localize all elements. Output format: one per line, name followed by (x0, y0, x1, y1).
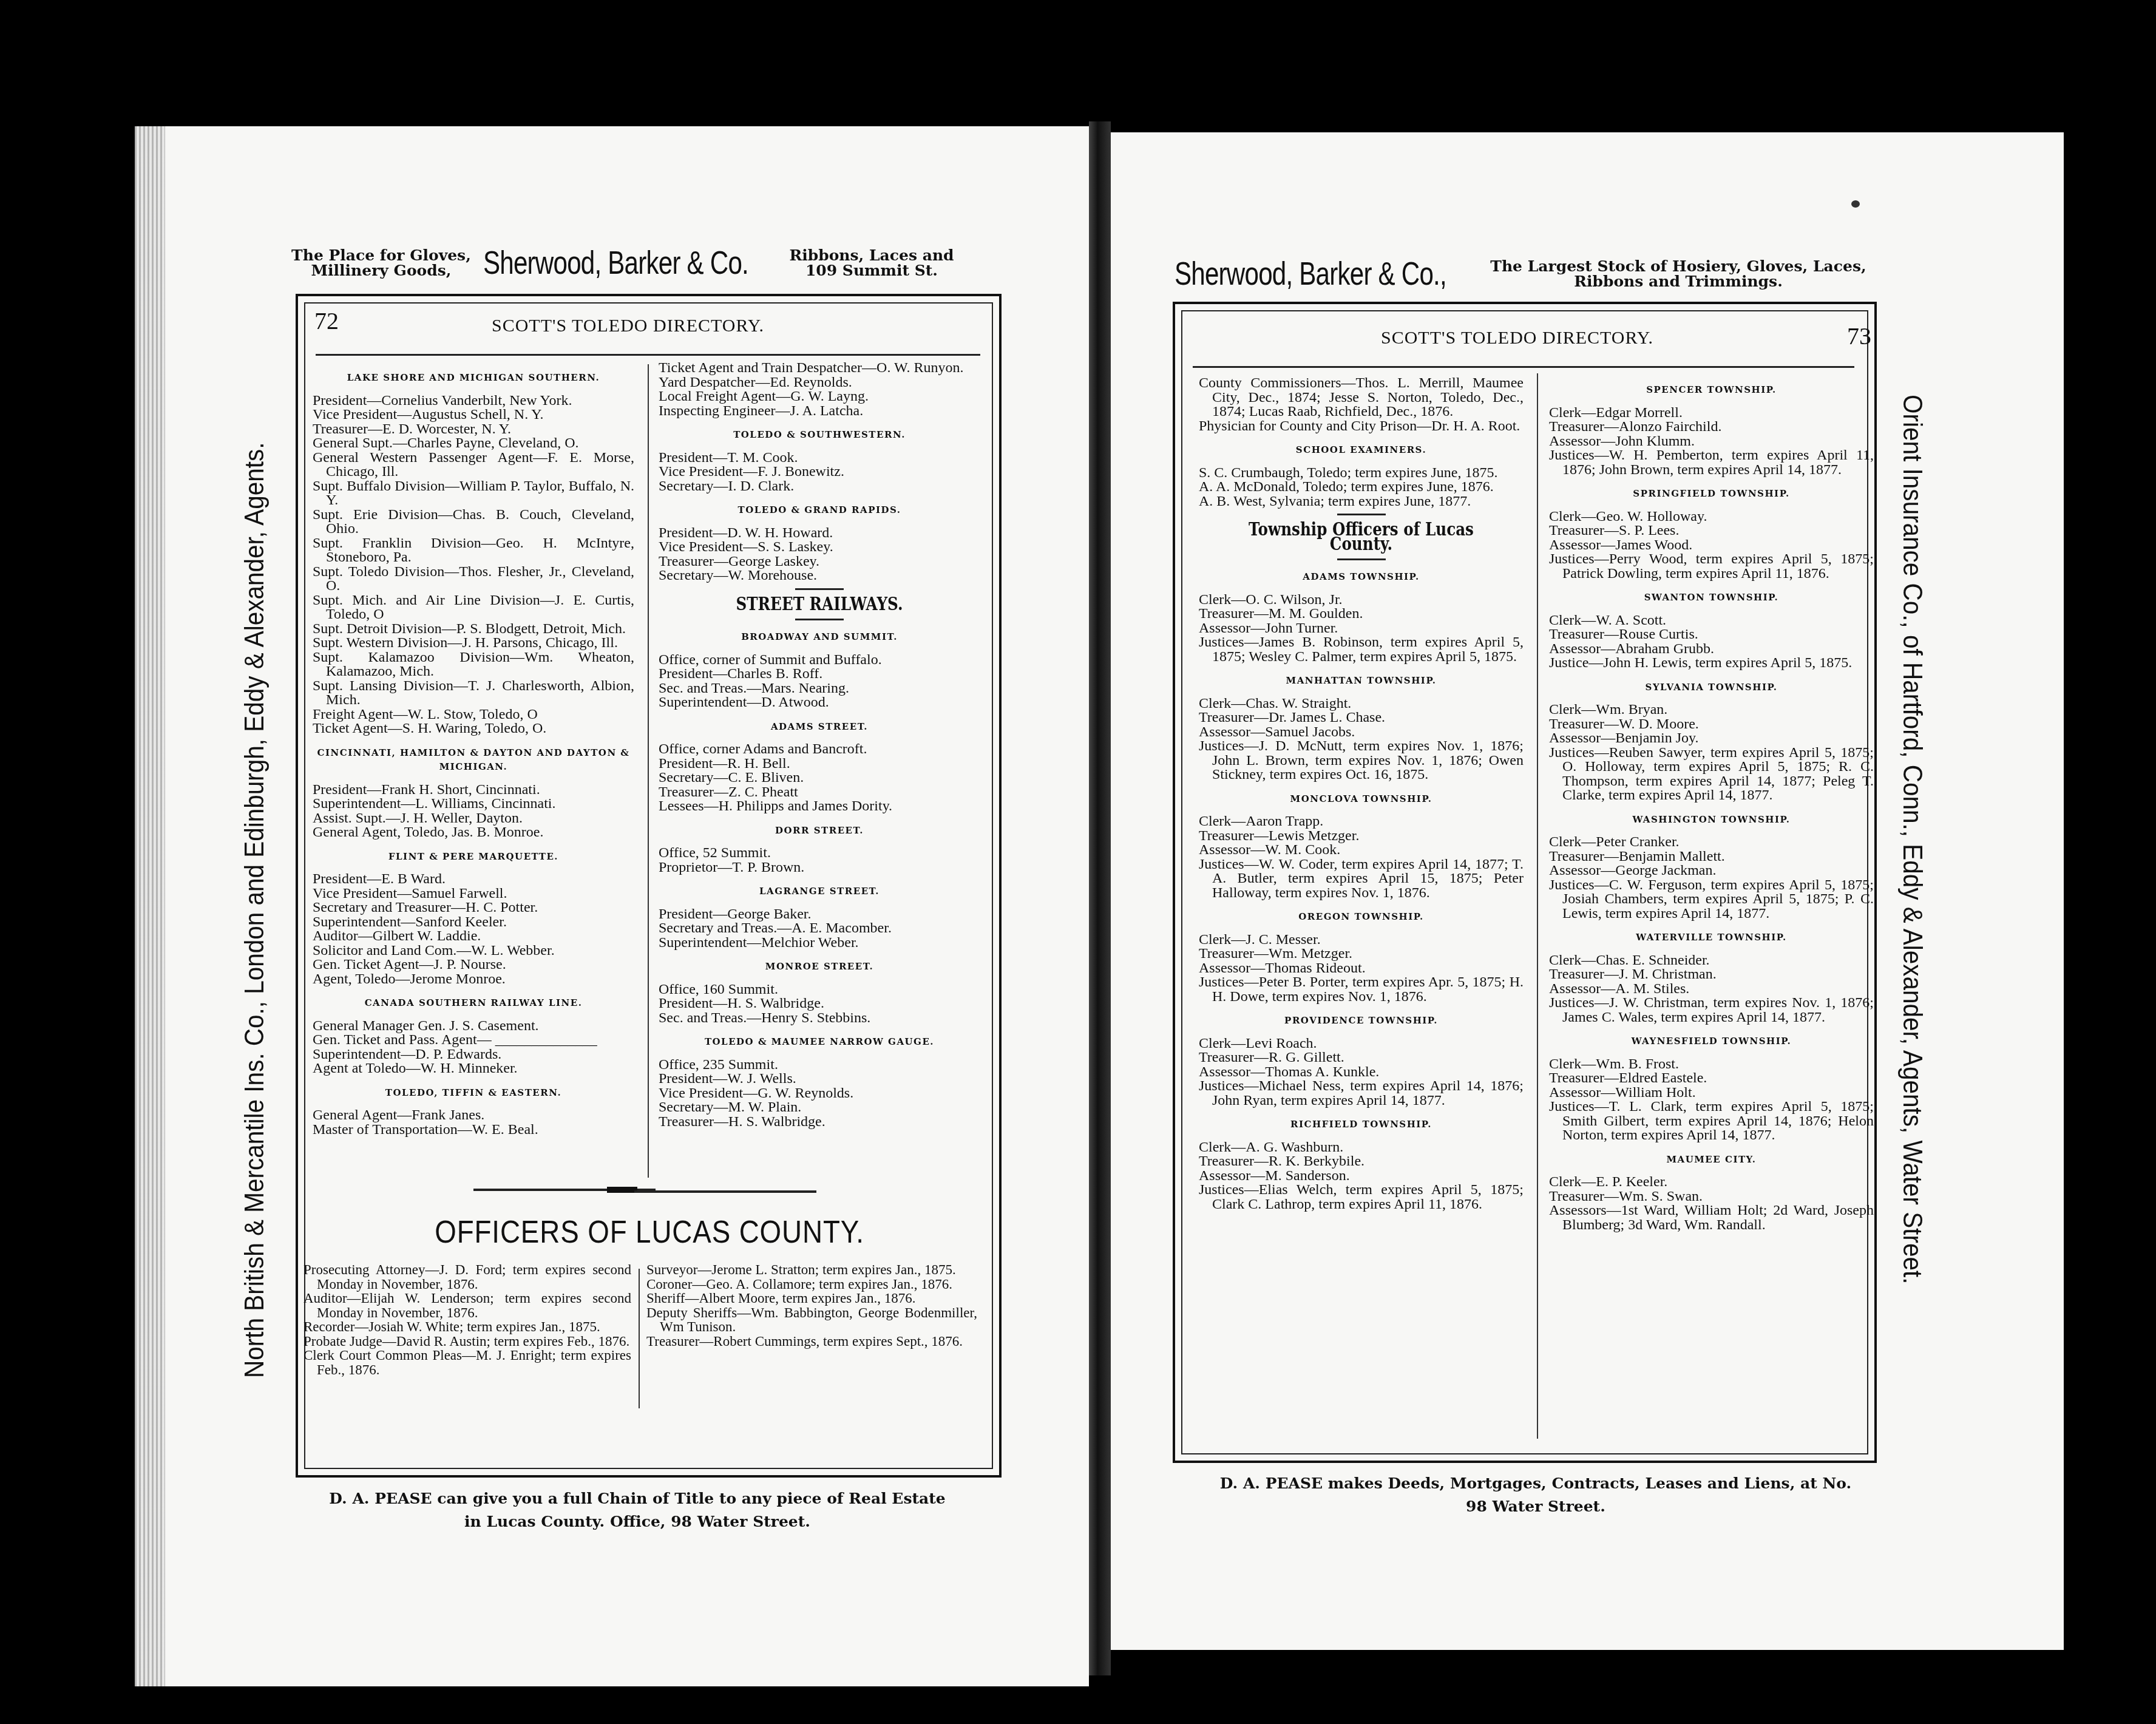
section-heading: WAYNESFIELD TOWNSHIP. (1549, 1034, 1874, 1049)
short-rule (795, 619, 844, 620)
directory-entry: Office, corner Adams and Bancroft. (659, 742, 980, 757)
section-heading: ADAMS STREET. (659, 720, 980, 735)
page-edge (135, 126, 165, 1686)
running-head: SCOTT'S TOLEDO DIRECTORY. (1381, 328, 1653, 348)
section-heading: SYLVANIA TOWNSHIP. (1549, 680, 1874, 695)
directory-entry: Treasurer—Rouse Curtis. (1549, 628, 1874, 642)
section-heading: OREGON TOWNSHIP. (1199, 910, 1524, 925)
directory-entry: Superintendent—L. Williams, Cincinnati. (313, 797, 634, 812)
ad-brand: Sherwood, Barker & Co. (483, 244, 706, 282)
side-advertisement-left: North British & Mercantile Ins. Co., Lon… (240, 443, 270, 1378)
directory-entry: Justices—Perry Wood, term expires April … (1549, 552, 1874, 581)
directory-entry: General Manager Gen. J. S. Casement. (313, 1019, 634, 1034)
directory-entry: Justices—Elias Welch, term expires April… (1199, 1183, 1524, 1212)
section-heading: CINCINNATI, HAMILTON & DAYTON AND DAYTON… (313, 746, 634, 775)
ad-brand: Sherwood, Barker & Co., (1175, 255, 1402, 293)
directory-entry: Clerk—Wm. Bryan. (1549, 703, 1874, 718)
directory-entry: Assessor—A. M. Stiles. (1549, 982, 1874, 997)
column-divider (648, 364, 649, 1178)
county-officer-entry: Clerk Court Common Pleas—M. J. Enright; … (303, 1348, 631, 1377)
directory-entry: Treasurer—R. G. Gillett. (1199, 1051, 1524, 1065)
directory-entry: Treasurer—George Laskey. (659, 555, 980, 569)
directory-entry: Assessor—Samuel Jacobs. (1199, 725, 1524, 740)
section-heading: BROADWAY AND SUMMIT. (659, 630, 980, 645)
ad-left-text: The Place for Gloves, Millinery Goods, (290, 248, 472, 278)
county-officer-entry: Deputy Sheriffs—Wm. Babbington, George B… (646, 1306, 977, 1334)
directory-entry: Treasurer—J. M. Christman. (1549, 968, 1874, 982)
directory-entry: Clerk—O. C. Wilson, Jr. (1199, 593, 1524, 608)
directory-entry: Superintendent—D. P. Edwards. (313, 1048, 634, 1062)
directory-entry: President—Frank H. Short, Cincinnati. (313, 783, 634, 798)
ornament-center (607, 1187, 637, 1193)
directory-entry: Vice President—F. J. Bonewitz. (659, 465, 980, 480)
directory-entry: Clerk—J. C. Messer. (1199, 933, 1524, 948)
section-heading: RICHFIELD TOWNSHIP. (1199, 1118, 1524, 1132)
section-heading: LAGRANGE STREET. (659, 884, 980, 899)
directory-entry: Justices—Michael Ness, term expires Apri… (1199, 1079, 1524, 1108)
short-rule (1337, 514, 1386, 515)
county-officer-entry: Probate Judge—David R. Austin; term expi… (303, 1334, 631, 1349)
directory-entry: Treasurer—Wm. Metzger. (1199, 947, 1524, 962)
directory-entry: Vice President—S. S. Laskey. (659, 540, 980, 555)
ad-line: The Place for Gloves, (290, 248, 472, 263)
directory-entry: President—Charles B. Roff. (659, 667, 980, 682)
section-heading: WASHINGTON TOWNSHIP. (1549, 813, 1874, 827)
directory-entry: Justices—Reuben Sawyer, term expires Apr… (1549, 746, 1874, 803)
directory-entry: General Supt.—Charles Payne, Cleveland, … (313, 436, 634, 451)
directory-entry: Clerk—Wm. B. Frost. (1549, 1057, 1874, 1072)
directory-entry: Assessor—Thomas A. Kunkle. (1199, 1065, 1524, 1080)
directory-entry: Assessor—M. Sanderson. (1199, 1169, 1524, 1184)
directory-entry: Office, corner of Summit and Buffalo. (659, 653, 980, 668)
directory-entry: Office, 160 Summit. (659, 983, 980, 997)
ink-blot (1851, 200, 1860, 208)
directory-entry: Gen. Ticket and Pass. Agent— ___________… (313, 1033, 634, 1048)
directory-entry: Assessor—John Turner. (1199, 622, 1524, 636)
directory-entry: President—T. M. Cook. (659, 451, 980, 466)
directory-entry: Secretary—I. D. Clark. (659, 480, 980, 494)
directory-entry: Justices—C. W. Ferguson, term expires Ap… (1549, 878, 1874, 921)
ad-line: in Lucas County. Office, 98 Water Street… (267, 1510, 1008, 1533)
top-advertisement-left: The Place for Gloves, Millinery Goods, S… (290, 244, 1006, 282)
directory-entry: Gen. Ticket Agent—J. P. Nourse. (313, 958, 634, 972)
directory-entry: Assessor—John Klumm. (1549, 435, 1874, 449)
directory-entry: A. B. West, Sylvania; term expires June,… (1199, 495, 1524, 509)
directory-entry: President—E. B Ward. (313, 872, 634, 887)
ad-line: Millinery Goods, (290, 263, 472, 278)
section-heading: PROVIDENCE TOWNSHIP. (1199, 1014, 1524, 1028)
ad-line: 98 Water Street. (1165, 1495, 1906, 1518)
directory-entry: Assessor—George Jackman. (1549, 864, 1874, 878)
directory-entry: Supt. Detroit Division—P. S. Blodgett, D… (313, 622, 634, 637)
directory-entry: Assessor—W. M. Cook. (1199, 843, 1524, 858)
directory-entry: Vice President—Samuel Farwell. (313, 887, 634, 901)
right-column-townships: SPENCER TOWNSHIP.Clerk—Edgar Morrell.Tre… (1549, 373, 1874, 1232)
directory-entry: Treasurer—Wm. S. Swan. (1549, 1190, 1874, 1204)
directory-entry: Secretary—W. Morehouse. (659, 569, 980, 583)
directory-entry: Clerk—Chas. W. Straight. (1199, 697, 1524, 711)
running-head: SCOTT'S TOLEDO DIRECTORY. (492, 316, 764, 336)
directory-entry: Clerk—Edgar Morrell. (1549, 406, 1874, 421)
directory-entry: Auditor—Gilbert W. Laddie. (313, 929, 634, 944)
header-rule (316, 354, 980, 356)
section-heading: FLINT & PERE MARQUETTE. (313, 850, 634, 864)
county-officer-entry: Surveyor—Jerome L. Stratton; term expire… (646, 1263, 977, 1277)
directory-entry: Lessees—H. Philipps and James Dority. (659, 799, 980, 814)
section-heading: TOLEDO & MAUMEE NARROW GAUGE. (659, 1035, 980, 1050)
section-heading: CANADA SOUTHERN RAILWAY LINE. (313, 996, 634, 1011)
directory-entry: Agent at Toledo—W. H. Minneker. (313, 1062, 634, 1076)
page-number: 72 (314, 307, 339, 335)
directory-entry: Supt. Franklin Division—Geo. H. McIntyre… (313, 537, 634, 565)
directory-entry: President—Cornelius Vanderbilt, New York… (313, 394, 634, 409)
directory-entry: Proprietor—T. P. Brown. (659, 861, 980, 875)
section-heading: TOLEDO, TIFFIN & EASTERN. (313, 1086, 634, 1101)
section-heading: LAKE SHORE AND MICHIGAN SOUTHERN. (313, 371, 634, 385)
directory-entry: Treasurer—Lewis Metzger. (1199, 829, 1524, 844)
directory-entry: Justices—Peter B. Porter, term expires A… (1199, 976, 1524, 1004)
directory-entry: Supt. Buffalo Division—William P. Taylor… (313, 480, 634, 508)
directory-entry: Secretary and Treasurer—H. C. Potter. (313, 901, 634, 915)
directory-entry: Ticket Agent—S. H. Waring, Toledo, O. (313, 722, 634, 736)
county-officer-entry: Prosecuting Attorney—J. D. Ford; term ex… (303, 1263, 631, 1291)
county-officer-entry: Treasurer—Robert Cummings, term expires … (646, 1334, 977, 1349)
directory-entry: Local Freight Agent—G. W. Layng. (659, 390, 980, 404)
section-heading: MONROE STREET. (659, 960, 980, 974)
ad-line: Ribbons and Trimmings. (1466, 274, 1891, 289)
county-officer-entry: Recorder—Josiah W. White; term expires J… (303, 1320, 631, 1334)
section-title-officers-lucas-county: OFFICERS OF LUCAS COUNTY. (420, 1214, 880, 1251)
directory-entry: Justices—J. W. Christman, term expires N… (1549, 996, 1874, 1025)
ad-line: Ribbons, Laces and (781, 248, 963, 263)
county-officers-right: Surveyor—Jerome L. Stratton; term expire… (646, 1263, 977, 1348)
directory-entry: Justices—James B. Robinson, term expires… (1199, 636, 1524, 664)
section-heading: TOLEDO & SOUTHWESTERN. (659, 428, 980, 443)
directory-entry: Ticket Agent and Train Despatcher—O. W. … (659, 361, 980, 376)
directory-entry: Freight Agent—W. L. Stow, Toledo, O (313, 708, 634, 722)
directory-entry: Solicitor and Land Com.—W. L. Webber. (313, 944, 634, 959)
directory-entry: Office, 235 Summit. (659, 1058, 980, 1073)
left-column-county-townships: County Commissioners—Thos. L. Merrill, M… (1199, 376, 1524, 1212)
directory-entry: Justice—John H. Lewis, term expires Apri… (1549, 656, 1874, 671)
bottom-advertisement-right: D. A. PEASE makes Deeds, Mortgages, Cont… (1165, 1472, 1906, 1518)
directory-entry: Vice President—G. W. Reynolds. (659, 1087, 980, 1101)
directory-entry: Treasurer—S. P. Lees. (1549, 524, 1874, 538)
directory-entry: General Agent, Toledo, Jas. B. Monroe. (313, 826, 634, 840)
directory-entry: Clerk—E. P. Keeler. (1549, 1175, 1874, 1190)
directory-entry: Clerk—Chas. E. Schneider. (1549, 954, 1874, 968)
directory-entry: President—George Baker. (659, 908, 980, 922)
directory-entry: Vice President—Augustus Schell, N. Y. (313, 408, 634, 423)
directory-entry: Sec. and Treas.—Henry S. Stebbins. (659, 1011, 980, 1026)
directory-entry: Treasurer—R. K. Berkybile. (1199, 1155, 1524, 1169)
directory-entry: Superintendent—Melchior Weber. (659, 936, 980, 951)
directory-entry: President—D. W. H. Howard. (659, 526, 980, 541)
right-column-railroads: Ticket Agent and Train Despatcher—O. W. … (659, 361, 980, 1129)
directory-entry: Treasurer—Benjamin Mallett. (1549, 850, 1874, 864)
directory-entry: President—H. S. Walbridge. (659, 997, 980, 1011)
directory-entry: A. A. McDonald, Toledo; term expires Jun… (1199, 480, 1524, 495)
short-rule (1337, 558, 1386, 560)
directory-entry: Master of Transportation—W. E. Beal. (313, 1123, 634, 1138)
section-heading: SCHOOL EXAMINERS. (1199, 443, 1524, 458)
directory-entry: Secretary—M. W. Plain. (659, 1101, 980, 1115)
directory-entry: Justices—T. L. Clark, term expires April… (1549, 1100, 1874, 1143)
directory-entry: Justices—W. W. Coder, term expires April… (1199, 858, 1524, 901)
section-title: Township Officers of Lucas County. (1223, 523, 1499, 551)
header-rule (1193, 366, 1854, 368)
directory-entry: Assist. Supt.—J. H. Weller, Dayton. (313, 812, 634, 826)
section-heading: MAUMEE CITY. (1549, 1153, 1874, 1167)
directory-entry: Physician for County and City Prison—Dr.… (1199, 419, 1524, 434)
section-heading: SPENCER TOWNSHIP. (1549, 383, 1874, 398)
directory-entry: Supt. Toledo Division—Thos. Flesher, Jr.… (313, 565, 634, 594)
directory-entry: Treasurer—Eldred Eastele. (1549, 1071, 1874, 1086)
directory-entry: Superintendent—D. Atwood. (659, 696, 980, 710)
directory-entry: Assessor—William Holt. (1549, 1086, 1874, 1101)
directory-entry: Treasurer—E. D. Worcester, N. Y. (313, 423, 634, 437)
directory-entry: Clerk—Geo. W. Holloway. (1549, 510, 1874, 524)
directory-entry: Secretary—C. E. Bliven. (659, 771, 980, 786)
directory-entry: President—W. J. Wells. (659, 1072, 980, 1087)
section-title: STREET RAILWAYS. (683, 597, 957, 612)
directory-entry: Assessor—Abraham Grubb. (1549, 642, 1874, 657)
directory-entry: Office, 52 Summit. (659, 846, 980, 861)
ad-line: D. A. PEASE can give you a full Chain of… (267, 1487, 1008, 1510)
directory-entry: Supt. Western Division—J. H. Parsons, Ch… (313, 636, 634, 651)
section-heading: SPRINGFIELD TOWNSHIP. (1549, 487, 1874, 501)
top-advertisement-right: Sherwood, Barker & Co., The Largest Stoc… (1175, 255, 1903, 293)
short-rule (795, 588, 844, 590)
bottom-advertisement-left: D. A. PEASE can give you a full Chain of… (267, 1487, 1008, 1533)
county-officer-entry: Sheriff—Albert Moore, term expires Jan.,… (646, 1291, 977, 1306)
directory-entry: Treasurer—M. M. Goulden. (1199, 607, 1524, 622)
section-heading: SWANTON TOWNSHIP. (1549, 591, 1874, 605)
section-heading: MONCLOVA TOWNSHIP. (1199, 792, 1524, 807)
ad-line: D. A. PEASE makes Deeds, Mortgages, Cont… (1165, 1472, 1906, 1495)
directory-entry: Treasurer—Dr. James L. Chase. (1199, 711, 1524, 725)
directory-entry: President—R. H. Bell. (659, 757, 980, 772)
ad-line: 109 Summit St. (781, 263, 963, 278)
directory-entry: County Commissioners—Thos. L. Merrill, M… (1199, 376, 1524, 419)
directory-entry: Justices—J. D. McNutt, term expires Nov.… (1199, 739, 1524, 782)
ornament-rule (634, 1190, 816, 1193)
page-number: 73 (1847, 322, 1871, 350)
book-binding (1089, 121, 1111, 1675)
county-officers-left: Prosecuting Attorney—J. D. Ford; term ex… (303, 1263, 631, 1377)
county-officer-entry: Auditor—Elijah W. Lenderson; term expire… (303, 1291, 631, 1320)
directory-entry: Assessor—Thomas Rideout. (1199, 962, 1524, 976)
directory-entry: Assessors—1st Ward, William Holt; 2d War… (1549, 1204, 1874, 1232)
directory-entry: Sec. and Treas.—Mars. Nearing. (659, 682, 980, 696)
section-heading: MANHATTAN TOWNSHIP. (1199, 674, 1524, 688)
left-column-railroads: LAKE SHORE AND MICHIGAN SOUTHERN.Preside… (313, 361, 634, 1137)
directory-entry: Agent, Toledo—Jerome Monroe. (313, 972, 634, 987)
directory-entry: Assessor—Benjamin Joy. (1549, 731, 1874, 746)
ad-right-text: The Largest Stock of Hosiery, Gloves, La… (1466, 259, 1891, 289)
directory-entry: General Western Passenger Agent—F. E. Mo… (313, 451, 634, 480)
directory-entry: Clerk—W. A. Scott. (1549, 614, 1874, 628)
section-heading: WATERVILLE TOWNSHIP. (1549, 931, 1874, 945)
directory-entry: Supt. Erie Division—Chas. B. Couch, Clev… (313, 508, 634, 537)
directory-entry: Superintendent—Sanford Keeler. (313, 915, 634, 930)
directory-entry: Treasurer—Alonzo Fairchild. (1549, 420, 1874, 435)
directory-entry: Supt. Mich. and Air Line Division—J. E. … (313, 594, 634, 622)
directory-entry: S. C. Crumbaugh, Toledo; term expires Ju… (1199, 466, 1524, 481)
section-heading: DORR STREET. (659, 824, 980, 838)
directory-entry: Yard Despatcher—Ed. Reynolds. (659, 376, 980, 390)
directory-entry: Clerk—Aaron Trapp. (1199, 815, 1524, 829)
directory-entry: Clerk—Peter Cranker. (1549, 835, 1874, 850)
section-heading: TOLEDO & GRAND RAPIDS. (659, 503, 980, 518)
directory-entry: Assessor—James Wood. (1549, 538, 1874, 553)
directory-entry: Supt. Lansing Division—T. J. Charleswort… (313, 679, 634, 708)
directory-entry: Supt. Kalamazoo Division—Wm. Wheaton, Ka… (313, 651, 634, 679)
directory-entry: Clerk—Levi Roach. (1199, 1037, 1524, 1051)
directory-entry: Treasurer—H. S. Walbridge. (659, 1115, 980, 1130)
county-officer-entry: Coroner—Geo. A. Collamore; term expires … (646, 1277, 977, 1292)
directory-entry: Treasurer—W. D. Moore. (1549, 718, 1874, 732)
section-heading: ADAMS TOWNSHIP. (1199, 570, 1524, 585)
ad-right-text: Ribbons, Laces and 109 Summit St. (781, 248, 963, 278)
side-advertisement-right: Orient Insurance Co., of Hartford, Conn.… (1897, 395, 1927, 1285)
ad-line: The Largest Stock of Hosiery, Gloves, La… (1466, 259, 1891, 274)
column-divider (1537, 373, 1538, 1439)
directory-entry: Secretary and Treas.—A. E. Macomber. (659, 921, 980, 936)
directory-entry: Inspecting Engineer—J. A. Latcha. (659, 404, 980, 419)
column-divider (639, 1269, 640, 1408)
directory-entry: Treasurer—Z. C. Pheatt (659, 786, 980, 800)
directory-entry: Justices—W. H. Pemberton, term expires A… (1549, 449, 1874, 477)
directory-entry: General Agent—Frank Janes. (313, 1108, 634, 1123)
directory-entry: Clerk—A. G. Washburn. (1199, 1141, 1524, 1155)
